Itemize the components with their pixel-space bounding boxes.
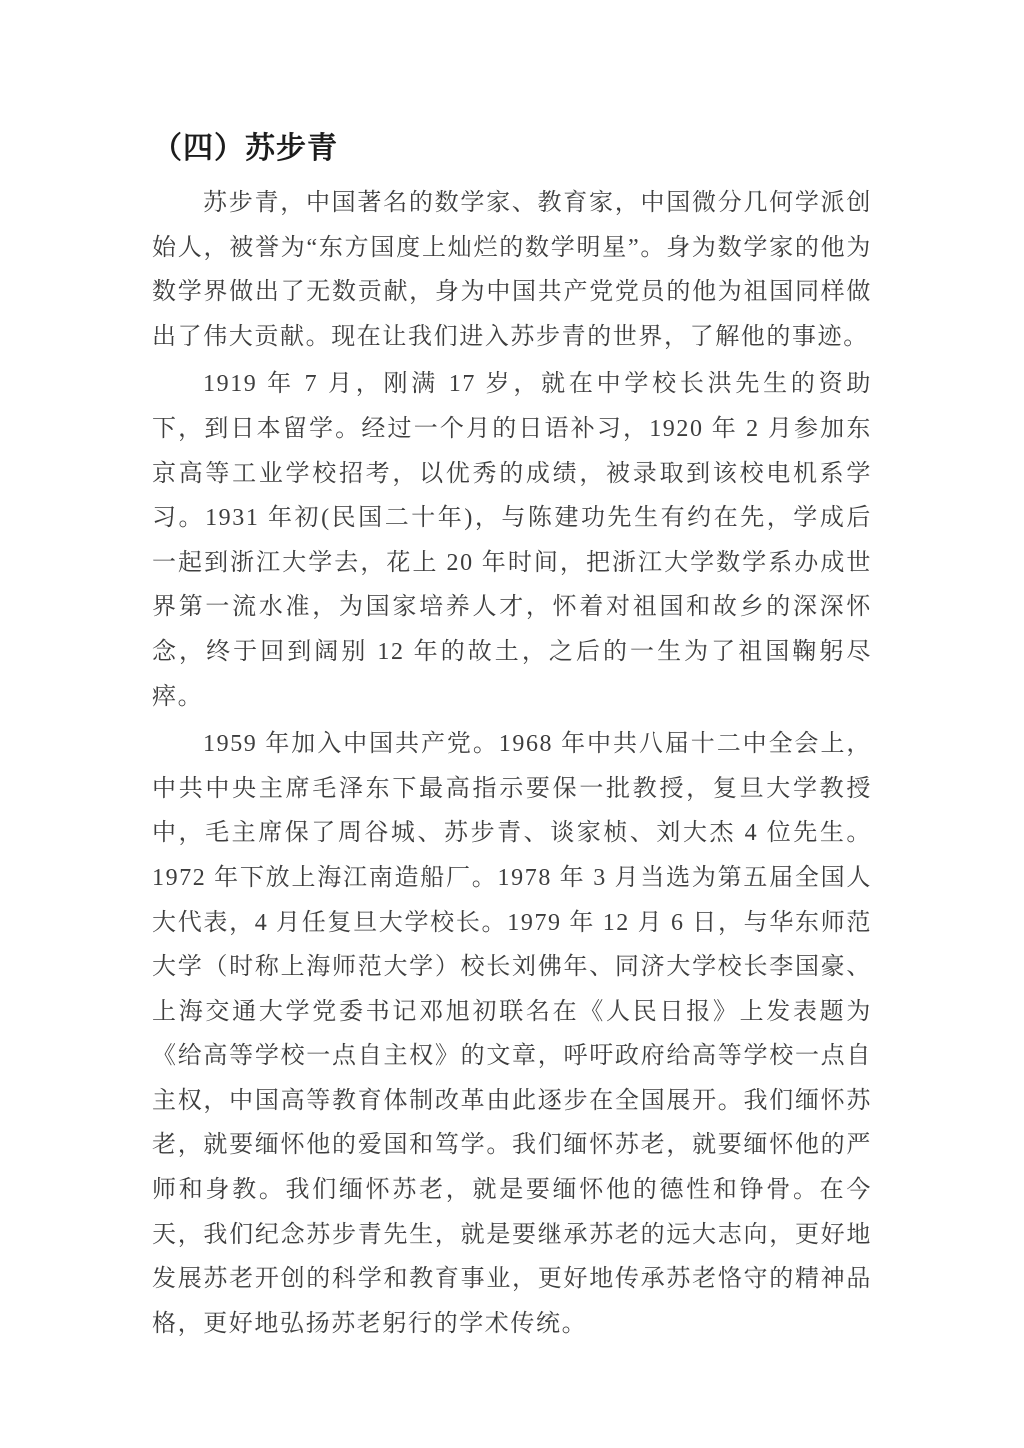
- paragraph-career-legacy: 1959 年加入中国共产党。1968 年中共八届十二中全会上，中共中央主席毛泽东…: [152, 722, 872, 1346]
- paragraph-intro: 苏步青，中国著名的数学家、教育家，中国微分几何学派创始人，被誉为“东方国度上灿烂…: [152, 181, 872, 359]
- paragraph-early-life: 1919 年 7 月，刚满 17 岁，就在中学校长洪先生的资助下，到日本留学。经…: [152, 362, 872, 719]
- document-page: （四）苏步青 苏步青，中国著名的数学家、教育家，中国微分几何学派创始人，被誉为“…: [0, 0, 1024, 1448]
- section-heading: （四）苏步青: [152, 126, 872, 172]
